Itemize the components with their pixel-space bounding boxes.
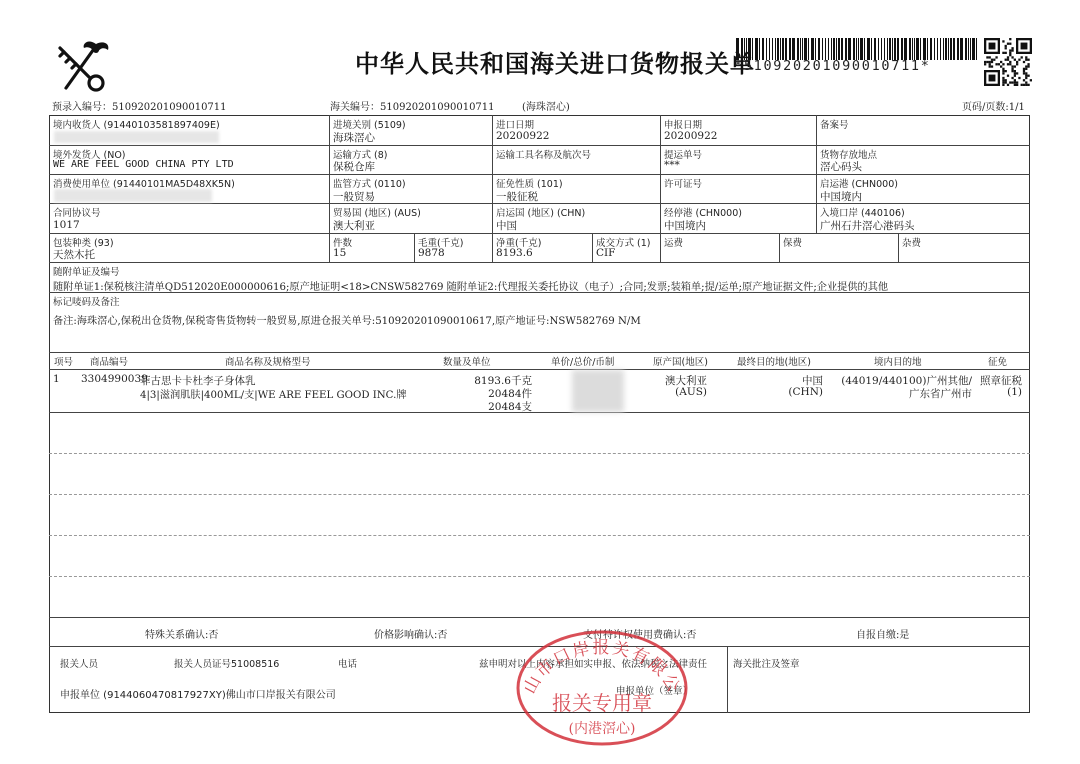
col-tax-mode: 征免 (988, 354, 1007, 368)
attached-docs-value: 随附单证1:保税核注清单QD512020E000000616;原产地证明<18>… (53, 278, 888, 293)
insurance-label: 保费 (783, 235, 802, 249)
consumer-unit-label: 消费使用单位 (91440101MA5D48XK5N) (53, 176, 235, 190)
pieces-value: 15 (333, 247, 346, 259)
import-date-label: 进口日期 (496, 117, 534, 131)
declarant-label: 报关人员 (60, 656, 98, 670)
svg-text:佛山市口岸报关有限公司: 佛山市口岸报关有限公司 (512, 625, 684, 697)
col-hs-code: 商品编号 (90, 354, 128, 368)
trade-country-label: 贸易国 (地区) (AUS) (333, 205, 421, 219)
customs-stamp: 佛山市口岸报关有限公司 报关专用章 (内港滘心) (512, 625, 692, 747)
col-name-spec: 商品名称及规格型号 (225, 354, 311, 368)
bill-no-value: *** (664, 159, 680, 171)
entry-port-value: 广州石井滘心港码头 (820, 218, 915, 233)
col-domestic-destination: 境内目的地 (874, 354, 922, 368)
price-influence-confirm: 价格影响确认:否 (374, 626, 447, 641)
barcode-number: *510920201090010711* (734, 58, 931, 74)
phone-label: 电话 (338, 656, 357, 670)
item-qty-units: 20484支 (440, 399, 532, 414)
customs-number: 海关编号：510920201090010711 (330, 98, 495, 113)
customs-number-value: 510920201090010711 (380, 102, 495, 113)
stamp-outer-text: 佛山市口岸报关有限公司 (512, 625, 684, 697)
item-origin-code: (AUS) (640, 386, 707, 398)
trade-terms-value: CIF (596, 247, 615, 259)
pre-entry-label: 预录入编号： (52, 102, 112, 113)
transport-mode-value: 保税仓库 (333, 159, 375, 174)
col-final-destination: 最终目的地(地区) (737, 354, 811, 368)
self-pay-confirm: 自报自缴:是 (856, 626, 909, 641)
contract-no-label: 合同协议号 (53, 205, 101, 219)
item-price-redacted (572, 370, 624, 412)
customs-approval-label: 海关批注及签章 (733, 656, 800, 670)
item-destination-code: (CHN) (760, 386, 823, 398)
pre-entry-number: 预录入编号：510920201090010711 (52, 98, 227, 113)
declare-date-value: 20200922 (664, 130, 717, 142)
col-price: 单价/总价/币制 (551, 354, 614, 368)
transit-port-label: 经停港 (CHN000) (664, 205, 742, 219)
pre-entry-value: 510920201090010711 (112, 102, 227, 113)
col-item-no: 项号 (54, 354, 73, 368)
stamp-center-text: 报关专用章 (552, 691, 652, 715)
document-title: 中华人民共和国海关进口货物报关单 (355, 44, 755, 79)
gross-weight-value: 9878 (418, 247, 445, 259)
remarks-label: 标记唛码及备注 (53, 294, 120, 308)
tax-nature-value: 一般征税 (496, 189, 538, 204)
declarant-cert-no: 报关人员证号51008516 (174, 656, 279, 670)
departure-country-label: 启运国 (地区) (CHN) (496, 205, 585, 219)
customs-emblem-icon (52, 38, 112, 94)
page-info: 页码/页数:1/1 (962, 98, 1025, 113)
customs-office: (海珠滘心) (522, 98, 570, 113)
consignor-value: WE ARE FEEL GOOD CHINA PTY LTD (53, 159, 234, 170)
item-tax-mode-code: (1) (970, 386, 1022, 398)
supervision-mode-label: 监管方式 (0110) (333, 176, 406, 190)
transit-port-value: 中国境内 (664, 218, 706, 233)
col-quantity: 数量及单位 (443, 354, 491, 368)
freight-label: 运费 (664, 235, 683, 249)
barcode (736, 38, 979, 60)
remarks-value: 备注:海珠滘心,保税出仓货物,保税寄售货物转一般贸易,原进仓报关单号:51092… (53, 312, 641, 327)
declare-date-label: 申报日期 (664, 117, 702, 131)
supervision-mode-value: 一般贸易 (333, 189, 375, 204)
qr-code-icon (984, 38, 1032, 86)
consignee-label: 境内收货人 (91440103581897409E) (53, 117, 220, 131)
item-domestic-dest-2: 广东省广州市 (830, 386, 972, 401)
item-no: 1 (53, 373, 60, 385)
departure-country-value: 中国 (496, 218, 517, 233)
license-no-label: 许可证号 (664, 176, 702, 190)
misc-fee-label: 杂费 (902, 235, 921, 249)
storage-place-value: 滘心码头 (820, 159, 862, 174)
special-relation-confirm: 特殊关系确认:否 (145, 626, 218, 641)
net-weight-value: 8193.6 (496, 247, 533, 259)
record-no-label: 备案号 (820, 117, 849, 131)
stamp-bottom-text: (内港滘心) (569, 720, 636, 737)
contract-no-value: 1017 (53, 219, 80, 231)
declaring-unit: 申报单位 (91440604708179​27XY)佛山市口岸报关有限公司 (60, 686, 336, 701)
departure-port-value: 中国境内 (820, 189, 862, 204)
import-date-value: 20200922 (496, 130, 549, 142)
item-spec: 4|3|滋润肌肤|400ML/支|WE ARE FEEL GOOD INC.牌 (140, 386, 407, 401)
attached-docs-label: 随附单证及编号 (53, 264, 120, 278)
entry-customs-value: 海珠滘心 (333, 130, 375, 145)
consignee-redacted (54, 131, 219, 143)
trade-country-value: 澳大利亚 (333, 218, 375, 233)
entry-customs-label: 进境关别 (5109) (333, 117, 406, 131)
col-origin: 原产国(地区) (653, 354, 708, 368)
tax-nature-label: 征免性质 (101) (496, 176, 563, 190)
package-type-value: 天然木托 (53, 247, 95, 262)
departure-port-label: 启运港 (CHN000) (820, 176, 898, 190)
entry-port-label: 入境口岸 (440106) (820, 205, 905, 219)
customs-number-label: 海关编号： (330, 102, 380, 113)
vessel-label: 运输工具名称及航次号 (496, 147, 591, 161)
consumer-unit-redacted (54, 189, 212, 202)
item-hs-code: 3304990039 (81, 373, 148, 385)
